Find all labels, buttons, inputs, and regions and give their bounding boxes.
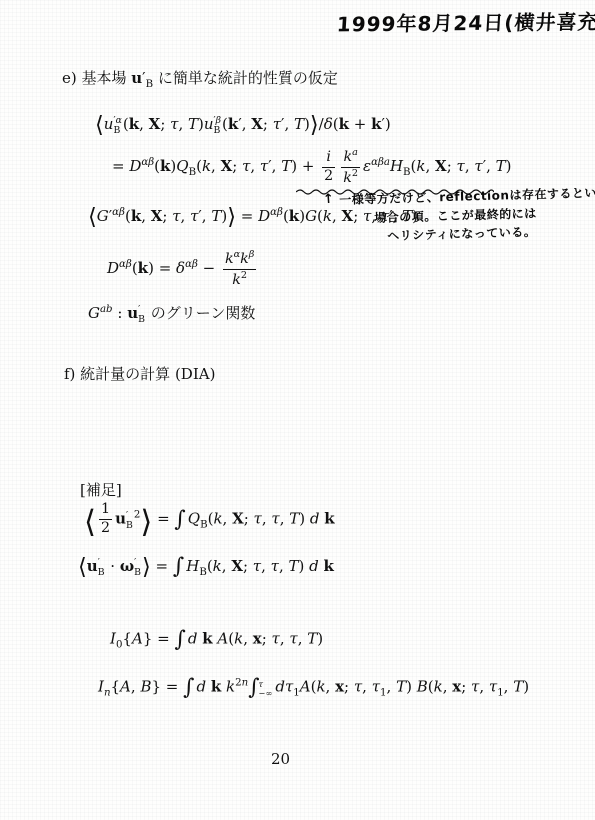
equation-green-function-average: ⟨G′αβ(k, X; τ, τ′, T)⟩ = Dαβ(k)G(k, X; τ… [88, 206, 418, 229]
handwritten-date: 1999年8月24日(横井喜充) [336, 6, 595, 38]
equation-correlation-rhs: = Dαβ(k)QB(k, X; τ, τ′, T) + i2kak2εαβaH… [112, 148, 512, 186]
annotation-arrow-icon: ↑ [322, 192, 334, 208]
equation-velocity-correlation: ⟨u′αB(k, X; τ, T)u′βB(k′, X; τ′, T)⟩/δ(k… [95, 114, 391, 137]
supplement-heading: [補足] [80, 479, 122, 500]
equation-green-function-definition: Gab : u′B のグリーン関数 [88, 304, 255, 325]
equation-helicity-spectrum: ⟨u′B · ω′B⟩ = ∫HB(k, X; τ, τ, T) d k [78, 556, 334, 579]
equation-integral-in: In{A, B} = ∫d k k2n∫τ−∞dτ1A(k, x; τ, τ1,… [98, 677, 529, 700]
scanned-page: 1999年8月24日(横井喜充) e) 基本場 u′B に簡単な統計的性質の仮定… [0, 0, 595, 820]
page-number: 20 [271, 750, 290, 768]
equation-projection-operator: Dαβ(k) = δαβ − kαkβk2 [107, 250, 259, 288]
section-f-heading: f) 統計量の計算 (DIA) [64, 363, 215, 384]
equation-energy-spectrum: ⟨12u′B2⟩ = ∫QB(k, X; τ, τ, T) d k [84, 502, 335, 538]
equation-integral-i0: I0{A} = ∫d k A(k, x; τ, τ, T) [110, 629, 323, 652]
section-e-heading: e) 基本場 u′B に簡単な統計的性質の仮定 [62, 67, 338, 90]
